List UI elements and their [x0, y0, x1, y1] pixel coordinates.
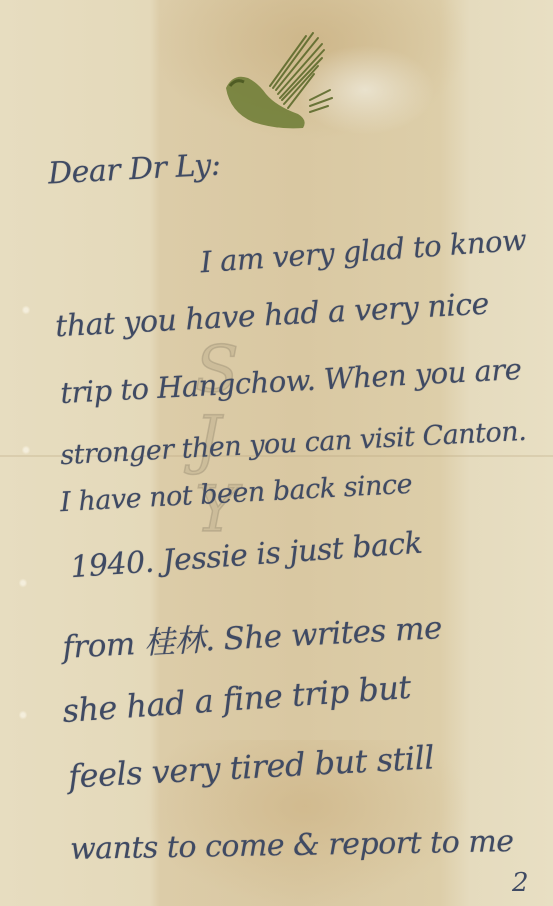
body-line: that you have had a very nice [54, 287, 489, 345]
body-line: from 桂林. She writes me [61, 602, 443, 667]
body-line: trip to Hangchow. When you are [59, 352, 522, 410]
pinhole [22, 445, 30, 455]
body-line: she had a fine trip but [61, 668, 412, 730]
pinhole [19, 710, 27, 720]
pinhole [19, 578, 27, 588]
bird-icon [218, 28, 338, 138]
salutation: Dear Dr Ly: [47, 148, 221, 192]
letter-page: S J Y Dear Dr Ly: I am very glad to know… [0, 0, 553, 906]
page-number: 2 [512, 868, 529, 898]
body-line: I am very glad to know [199, 223, 527, 280]
body-line: stronger then you can visit Canton. [60, 416, 527, 471]
pinhole [22, 305, 30, 315]
